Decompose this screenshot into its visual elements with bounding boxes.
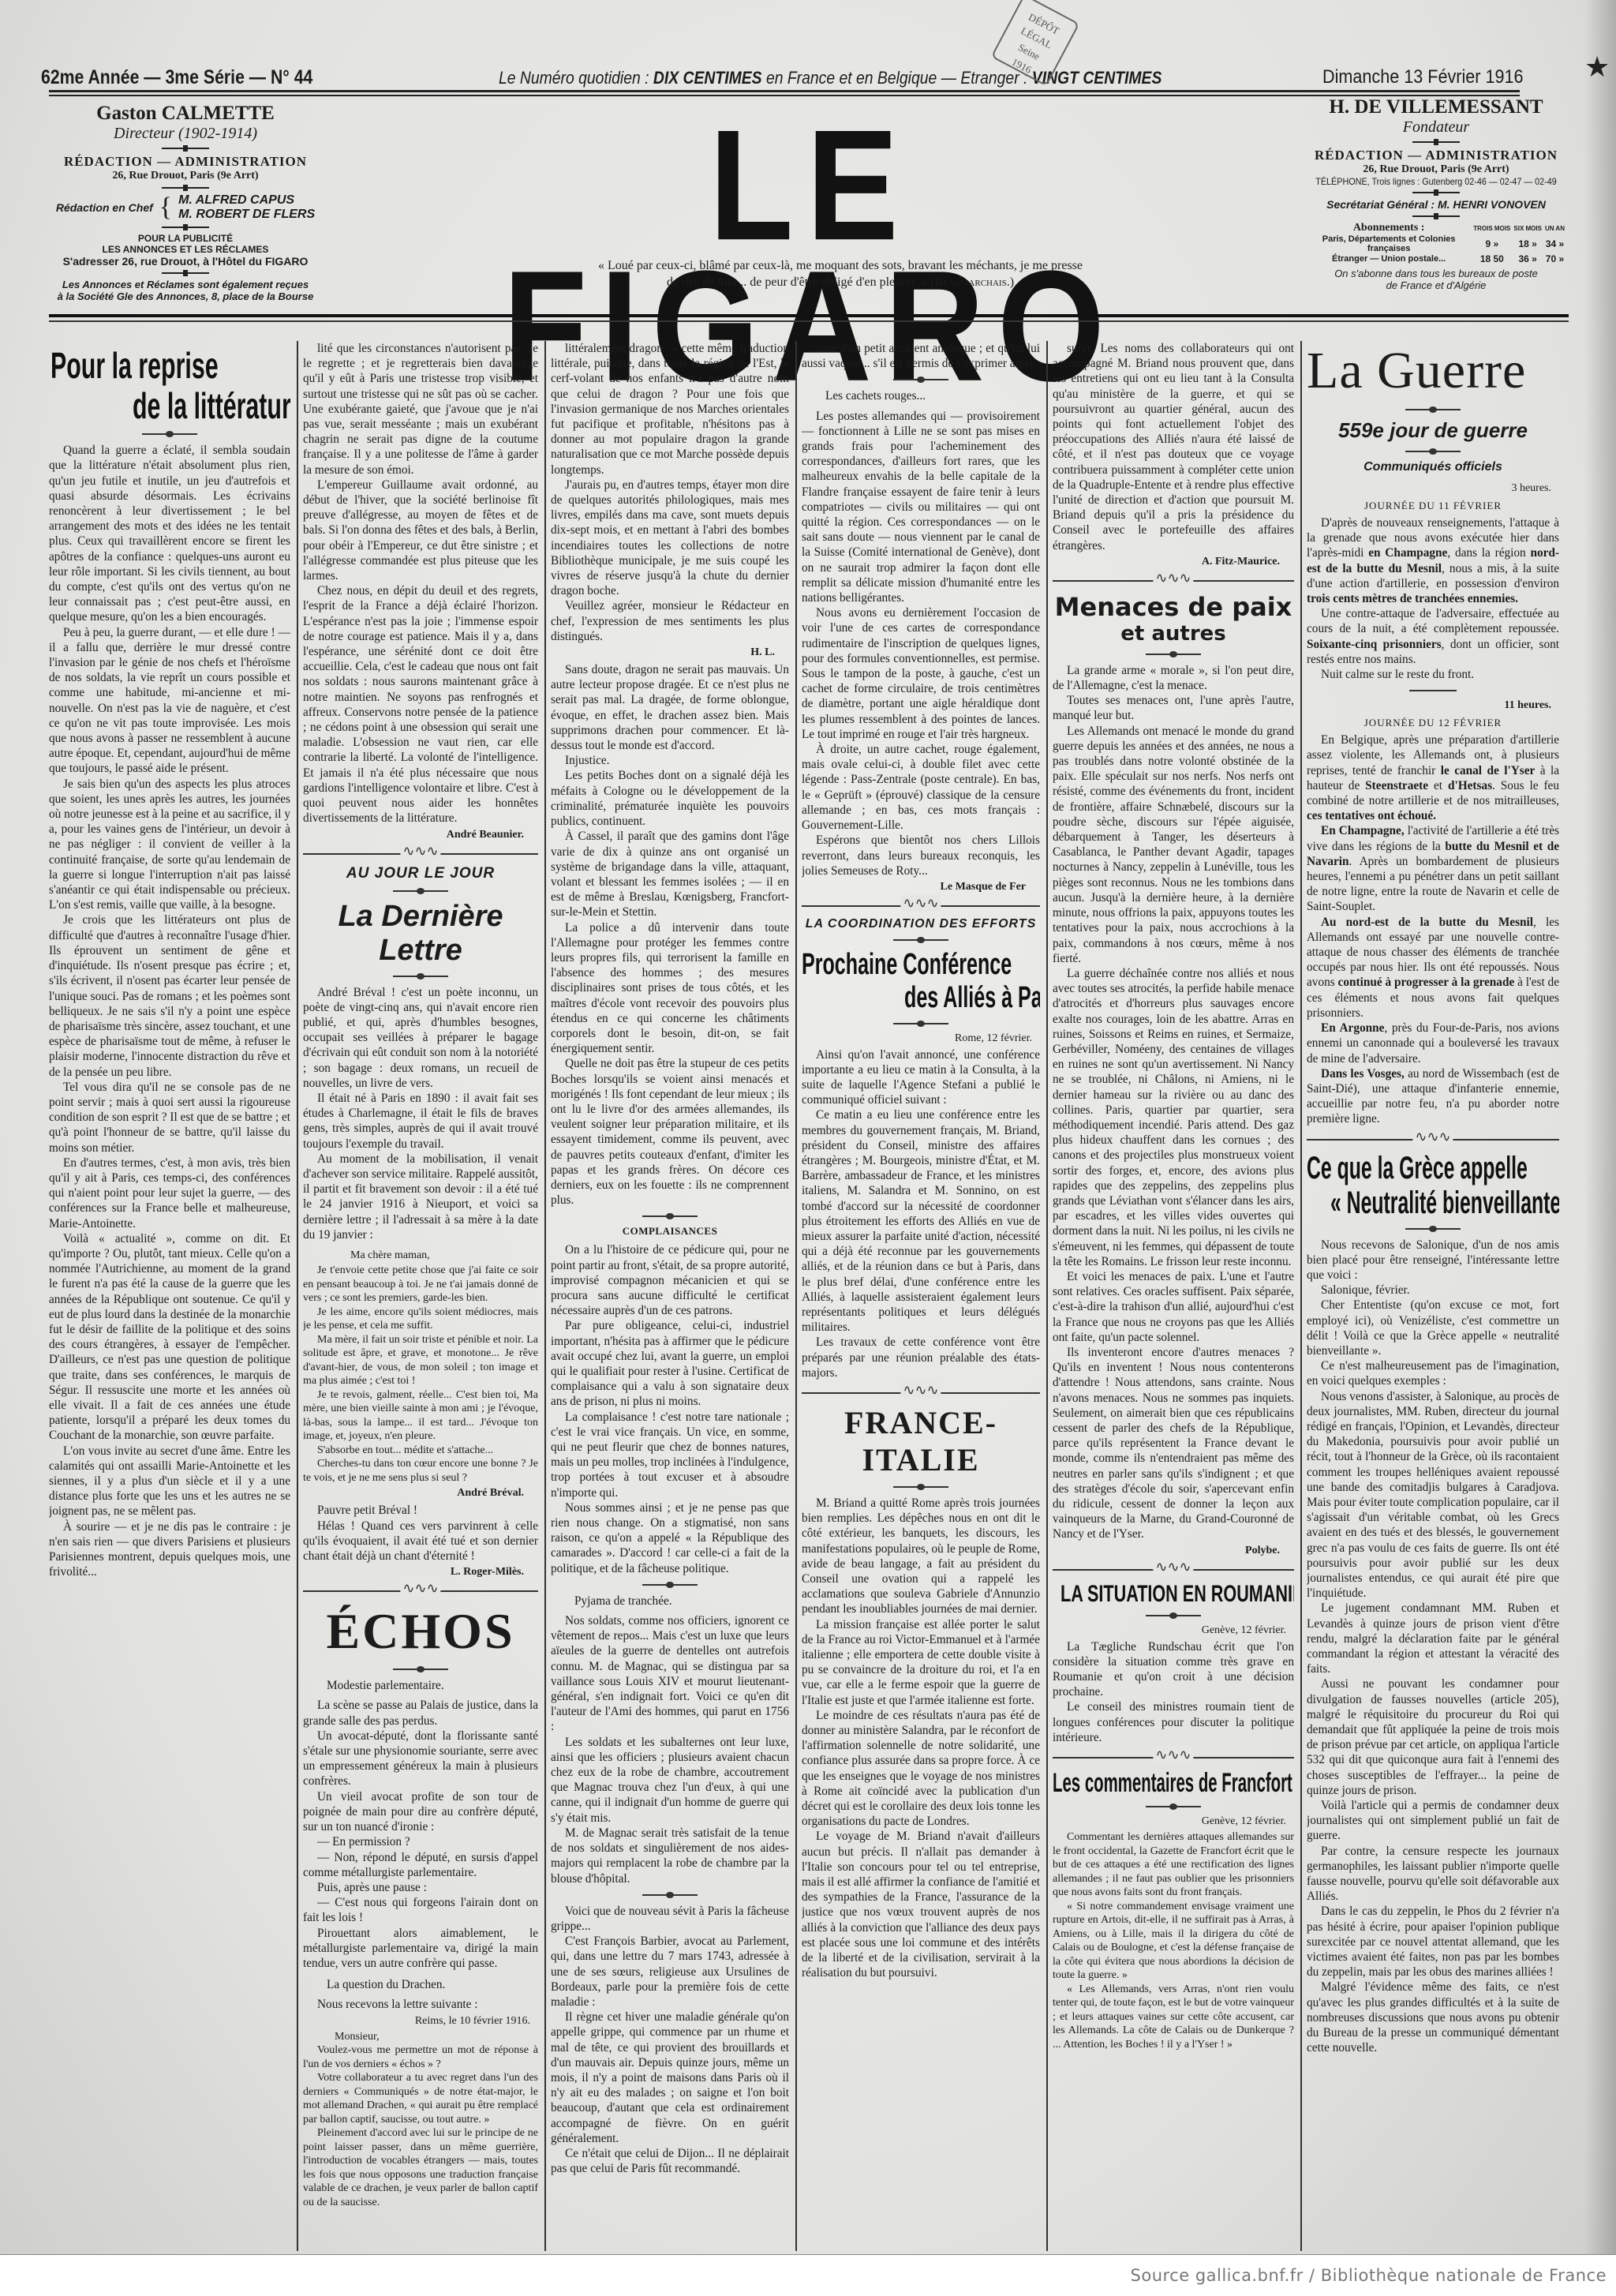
director-name: Gaston CALMETTE <box>55 103 316 125</box>
paragraph: L'empereur Guillaume avait ordonné, au d… <box>303 478 538 583</box>
paragraph: On a lu l'histoire de ce pédicure qui, p… <box>551 1242 789 1318</box>
paragraph: Nuit calme sur le reste du front. <box>1307 667 1559 682</box>
paragraph: Dans le cas du zeppelin, le Phos du 2 fé… <box>1307 1904 1559 1980</box>
paragraph: Je te revois, galment, réelle... C'est b… <box>303 1388 538 1444</box>
article-title: de la littérature <box>133 386 237 426</box>
ornament-icon <box>893 379 948 380</box>
paragraph: Voilà « actualité », comme on dit. Et qu… <box>49 1231 290 1444</box>
paragraph: Ma mère, il fait un soir triste et pénib… <box>303 1333 538 1388</box>
paragraph: Aussi ne pouvant les condamner pour divu… <box>1307 1676 1559 1798</box>
paragraph: S'absorbe en tout... médite et s'attache… <box>303 1444 538 1458</box>
paragraph: Nous avons eu dernièrement l'occasion de… <box>802 605 1040 742</box>
director-role: Directeur (1902-1914) <box>55 125 316 143</box>
wavy-divider-icon <box>1053 575 1294 586</box>
paragraph: La police a dû intervenir dans toute l'A… <box>551 920 789 1057</box>
paragraph: La grande arme « morale », si l'on peut … <box>1053 663 1294 693</box>
article-body: La scène se passe au Palais de justice, … <box>303 1698 538 1971</box>
wavy-divider-icon <box>802 900 1040 911</box>
paragraph: J'aurais pu, en d'autres temps, étayer m… <box>551 478 789 599</box>
ornament-icon <box>393 976 448 977</box>
article-body: Voici que de nouveau sévit à Paris la fâ… <box>551 1904 789 2177</box>
section-heading: COMPLAISANCES <box>551 1225 789 1238</box>
paragraph: Par contre, la censure respecte les jour… <box>1307 1844 1559 1905</box>
paragraph: C'est François Barbier, avocat au Parlem… <box>551 1934 789 2009</box>
paragraph: Injustice. <box>551 753 789 768</box>
article-body: Quand la guerre a éclaté, il sembla soud… <box>49 443 290 1579</box>
article-body: suivi. Les noms des collaborateurs qui o… <box>1053 341 1294 553</box>
editors-in-chief: Rédaction en Chef { M. ALFRED CAPUSM. RO… <box>55 193 316 222</box>
right-masthead-box: H. DE VILLEMESSANT Fondateur RÉDACTION —… <box>1302 96 1570 291</box>
column-divider <box>795 341 797 2251</box>
paragraph: Une contre-attaque de l'adversaire, effe… <box>1307 606 1559 667</box>
article-title: Pour la reprise <box>50 346 209 386</box>
ornament-icon <box>642 1584 698 1586</box>
paragraph: En Argonne, près du Four-de-Paris, nos a… <box>1307 1021 1559 1066</box>
wavy-divider-icon <box>1307 1133 1559 1144</box>
paragraph: Dans les Vosges, au nord de Wissembach (… <box>1307 1066 1559 1127</box>
wavy-divider-icon <box>1053 1564 1294 1575</box>
article-body: Sans doute, dragon ne serait pas mauvais… <box>551 662 789 1208</box>
article-body: Ainsi qu'on l'avait annoncé, une confére… <box>802 1047 1040 1380</box>
paragraph: Voulez-vous me permettre un mot de répon… <box>303 2043 538 2071</box>
star-icon: ★ <box>1584 51 1610 84</box>
article-body: Nous recevons de Salonique, d'un de nos … <box>1307 1238 1559 2056</box>
article-body: André Bréval ! c'est un poète inconnu, u… <box>303 985 538 1242</box>
paragraph: Les petits Boches dont on a signalé déjà… <box>551 768 789 829</box>
paragraph: La mission française est allée porter le… <box>802 1617 1040 1708</box>
paragraph: Puis, après une pause : <box>303 1880 538 1895</box>
paragraph: Il règne cet hiver une maladie générale … <box>551 2009 789 2146</box>
article-body: La grande arme « morale », si l'on peut … <box>1053 663 1294 1542</box>
paragraph: Les Allemands ont menacé le monde du gra… <box>1053 724 1294 966</box>
wavy-divider-icon <box>1053 1751 1294 1762</box>
ornament-icon <box>1146 1615 1201 1616</box>
paragraph: À sourire — et je ne dis pas le contrair… <box>49 1519 290 1580</box>
paragraph: La complaisance ! c'est notre tare natio… <box>551 1410 789 1500</box>
paragraph: Commentant les dernières attaques allema… <box>1053 1830 1294 1900</box>
paragraph: Quelle ne doit pas être la stupeur de ce… <box>551 1056 789 1208</box>
paragraph: En Champagne, l'activité de l'artillerie… <box>1307 823 1559 914</box>
column-5: suivi. Les noms des collaborateurs qui o… <box>1053 341 1294 2251</box>
ornament-icon <box>1412 215 1460 217</box>
article-title: Les commentaires de Francfort <box>1053 1769 1198 1798</box>
paragraph: Quand la guerre a éclaté, il sembla soud… <box>49 443 290 624</box>
header-rule <box>49 90 1520 96</box>
paragraph: Les postes allemandes qui — provisoireme… <box>802 409 1040 606</box>
paragraph: Ce n'est malheureusement pas de l'imagin… <box>1307 1358 1559 1388</box>
ornament-icon <box>642 1215 698 1217</box>
ornament-icon <box>162 272 209 274</box>
article-body: time d'un petit accident analogue ; et q… <box>802 341 1040 371</box>
ornament-icon <box>162 227 209 228</box>
column-3: littéralement dragon — cette même traduc… <box>551 341 789 2251</box>
paragraph: Ainsi qu'on l'avait annoncé, une confére… <box>802 1047 1040 1108</box>
ornament-icon <box>1146 654 1201 655</box>
letter-body: Je t'envoie cette petite chose que j'ai … <box>303 1264 538 1485</box>
paragraph: Salonique, février. <box>1307 1283 1559 1298</box>
article-body: La Tægliche Rundschau écrit que l'on con… <box>1053 1639 1294 1745</box>
article-title: Prochaine Conférence <box>802 949 959 982</box>
paragraph: time d'un petit accident analogue ; et q… <box>802 341 1040 371</box>
paragraph: Ce matin a eu lieu une conférence entre … <box>802 1107 1040 1335</box>
article-body: Nos soldats, comme nos officiers, ignore… <box>551 1613 789 1886</box>
byline: Le Masque de Fer <box>802 881 1040 893</box>
paragraph: Toutes ses menaces ont, l'une après l'au… <box>1053 693 1294 723</box>
ornament-icon <box>893 1023 948 1024</box>
article-body: littéralement dragon — cette même traduc… <box>551 341 789 644</box>
paragraph: Et voici les menaces de paix. L'une et l… <box>1053 1269 1294 1345</box>
issue-date: Dimanche 13 Février 1916 <box>1322 66 1524 88</box>
source-credit: Source gallica.bnf.fr / Bibliothèque nat… <box>1131 2266 1607 2285</box>
paragraph: Les soldats et les subalternes ont leur … <box>551 1735 789 1826</box>
paragraph: Le voyage de M. Briand n'avait d'ailleur… <box>802 1829 1040 1980</box>
paragraph: Hélas ! Quand ces vers parvinrent à cell… <box>303 1519 538 1564</box>
war-title: La Guerre <box>1307 341 1559 401</box>
paragraph: Nous recevons de Salonique, d'un de nos … <box>1307 1238 1559 1283</box>
column-2: lité que les circonstances n'autorisent … <box>303 341 538 2251</box>
paragraph: Je les aime, encore qu'ils soient médioc… <box>303 1305 538 1333</box>
war-day-counter: 559e jour de guerre <box>1307 418 1559 443</box>
paragraph: « Si notre commandement envisage vraimen… <box>1053 1900 1294 1983</box>
paragraph: Un vieil avocat profite de son tour de p… <box>303 1789 538 1835</box>
ornament-icon <box>1146 1806 1201 1807</box>
paragraph: Ce n'était que celui de Dijon... Il ne d… <box>551 2146 789 2176</box>
paragraph: À Cassel, il paraît que des gamins dont … <box>551 829 789 920</box>
article-body: Pauvre petit Bréval !Hélas ! Quand ces v… <box>303 1503 538 1564</box>
motto: « Loué par ceux-ci, blâmé par ceux-là, m… <box>544 257 1136 290</box>
price-line: Le Numéro quotidien : DIX CENTIMES en Fr… <box>499 68 1161 88</box>
subscription-table: Abonnements : TROIS MOIS SIX MOIS UN AN … <box>1306 222 1566 264</box>
paragraph: — En permission ? <box>303 1834 538 1849</box>
paragraph: — Non, répond le député, en sursis d'app… <box>303 1850 538 1880</box>
paragraph: Je t'envoie cette petite chose que j'ai … <box>303 1264 538 1305</box>
paragraph: Au nord-est de la butte du Mesnil, les A… <box>1307 915 1559 1021</box>
paragraph: Peu à peu, la guerre durant, — et elle d… <box>49 625 290 777</box>
paragraph: Je crois que les littérateurs ont plus d… <box>49 912 290 1079</box>
byline: André Beaunier. <box>303 829 538 841</box>
article-title: FRANCE-ITALIE <box>802 1404 1040 1478</box>
newspaper-logo: LE FIGARO <box>422 115 1199 257</box>
paragraph: André Bréval ! c'est un poète inconnu, u… <box>303 985 538 1091</box>
ornament-icon <box>1405 451 1461 452</box>
paragraph: L'on vous invite au secret d'une âme. En… <box>49 1444 290 1519</box>
paragraph: Voici que de nouveau sévit à Paris la fâ… <box>551 1904 789 1934</box>
column-divider <box>1046 341 1048 2251</box>
paragraph: Le jugement condamnant MM. Ruben et Leva… <box>1307 1601 1559 1676</box>
article-body: Les postes allemandes qui — provisoireme… <box>802 409 1040 878</box>
paragraph: Veuillez agréer, monsieur le Rédacteur e… <box>551 598 789 644</box>
source-footer: Source gallica.bnf.fr / Bibliothèque nat… <box>0 2254 1616 2296</box>
letter-body: Voulez-vous me permettre un mot de répon… <box>303 2043 538 2209</box>
section-kicker: AU JOUR LE JOUR <box>303 865 538 882</box>
founder-name: H. DE VILLEMESSANT <box>1302 96 1570 118</box>
paragraph: Au moment de la mobilisation, il venait … <box>303 1152 538 1242</box>
paragraph: Espérons que bientôt nos chers Lillois r… <box>802 833 1040 878</box>
article-body: Commentant les dernières attaques allema… <box>1053 1830 1294 2051</box>
ornament-icon <box>393 890 448 892</box>
column-divider <box>297 341 298 2251</box>
article-title: « Neutralité bienveillante » <box>1330 1185 1472 1220</box>
article-title: Menaces de paix <box>1053 592 1294 622</box>
paragraph: Voilà l'article qui a permis de condamne… <box>1307 1798 1559 1844</box>
paragraph: Ils inventeront encore d'autres menaces … <box>1053 1345 1294 1542</box>
byline: Polybe. <box>1053 1545 1294 1557</box>
paragraph: À droite, un autre cachet, rouge égaleme… <box>802 742 1040 833</box>
masthead-rule <box>49 314 1569 322</box>
paragraph: Par pure obligeance, celui-ci, industrie… <box>551 1318 789 1409</box>
article-title: et autres <box>1053 622 1294 646</box>
section-kicker: LA COORDINATION DES EFFORTS <box>802 917 1040 931</box>
article-body: M. Briand a quitté Rome après trois jour… <box>802 1496 1040 1981</box>
paragraph: Le conseil des ministres roumain tient d… <box>1053 1699 1294 1745</box>
column-6: La Guerre 559e jour de guerre Communiqué… <box>1307 341 1559 2251</box>
paragraph: Chez nous, en dépit du deuil et des regr… <box>303 583 538 826</box>
article-body: lité que les circonstances n'autorisent … <box>303 341 538 826</box>
wavy-divider-icon <box>303 1585 538 1596</box>
paragraph: Nos soldats, comme nos officiers, ignore… <box>551 1613 789 1735</box>
column-divider <box>1300 341 1302 2251</box>
paragraph: Pirouettant alors aimablement, le métall… <box>303 1926 538 1972</box>
column-divider <box>544 341 546 2251</box>
paragraph: Pleinement d'accord avec lui sur le prin… <box>303 2126 538 2209</box>
paragraph: La guerre déchaînée contre nos alliés et… <box>1053 966 1294 1269</box>
paragraph: La scène se passe au Palais de justice, … <box>303 1698 538 1728</box>
communique-body: D'après de nouveaux renseignements, l'at… <box>1307 515 1559 682</box>
left-masthead-box: Gaston CALMETTE Directeur (1902-1914) RÉ… <box>55 103 316 302</box>
ornament-icon <box>893 1486 948 1488</box>
paragraph: M. de Magnac serait très satisfait de la… <box>551 1826 789 1886</box>
article-title: La Dernière Lettre <box>303 900 538 968</box>
wavy-divider-icon <box>303 848 538 859</box>
paragraph: Tel vous dira qu'il ne se console pas de… <box>49 1080 290 1155</box>
ornament-icon <box>893 939 948 941</box>
paragraph: En Belgique, après une préparation d'art… <box>1307 732 1559 823</box>
ornament-icon <box>162 148 209 149</box>
issue-number: 62me Année — 3me Série — N° 44 <box>41 66 312 89</box>
column-1: Pour la reprise de la littérature Quand … <box>49 341 290 2251</box>
paragraph: Cherches-tu dans ton cœur encore une bon… <box>303 1457 538 1485</box>
paragraph: — C'est nous qui forgeons l'airain dont … <box>303 1895 538 1925</box>
ornament-icon <box>142 433 197 435</box>
section-title: ÉCHOS <box>303 1602 538 1661</box>
paragraph: Malgré l'évidence même des faits, ce n'e… <box>1307 1980 1559 2055</box>
wavy-divider-icon <box>802 1387 1040 1398</box>
paragraph: Nous sommes ainsi ; et je ne pense pas q… <box>551 1500 789 1576</box>
article-title: Ce que la Grèce appelle <box>1307 1151 1463 1185</box>
divider <box>1409 690 1457 691</box>
paragraph: Pauvre petit Bréval ! <box>303 1503 538 1518</box>
paragraph: Il était né à Paris en 1890 : il avait f… <box>303 1091 538 1152</box>
ornament-icon <box>1405 1228 1461 1230</box>
communique-body: En Belgique, après une préparation d'art… <box>1307 732 1559 1126</box>
ornament-icon <box>642 1894 698 1896</box>
paragraph: Nous venons d'assister, à Salonique, au … <box>1307 1389 1559 1601</box>
paragraph: Votre collaborateur a tu avec regret dan… <box>303 2071 538 2126</box>
paragraph: suivi. Les noms des collaborateurs qui o… <box>1053 341 1294 553</box>
ornament-icon <box>393 1669 448 1670</box>
paragraph: La Tægliche Rundschau écrit que l'on con… <box>1053 1639 1294 1700</box>
paragraph: Les travaux de cette conférence vont êtr… <box>802 1335 1040 1380</box>
article-title: LA SITUATION EN ROUMANIE <box>1060 1581 1229 1607</box>
ornament-icon <box>1412 141 1460 143</box>
paragraph: littéralement dragon — cette même traduc… <box>551 341 789 478</box>
paragraph: M. Briand a quitté Rome après trois jour… <box>802 1496 1040 1617</box>
article-body: On a lu l'histoire de ce pédicure qui, p… <box>551 1242 789 1575</box>
paragraph: lité que les circonstances n'autorisent … <box>303 341 538 478</box>
paragraph: Un avocat-député, dont la florissante sa… <box>303 1729 538 1789</box>
ornament-icon <box>1412 192 1460 193</box>
article-title: des Alliés à Paris <box>904 982 994 1015</box>
column-4: time d'un petit accident analogue ; et q… <box>802 341 1040 2251</box>
paragraph: Je sais bien qu'un des aspects les plus … <box>49 777 290 913</box>
byline: A. Fitz-Maurice. <box>1053 556 1294 568</box>
paragraph: Sans doute, dragon ne serait pas mauvais… <box>551 662 789 753</box>
ornament-icon <box>1405 409 1461 410</box>
paragraph: D'après de nouveaux renseignements, l'at… <box>1307 515 1559 606</box>
paragraph: Le moindre de ces résultats n'aura pas é… <box>802 1708 1040 1830</box>
paragraph: En d'autres termes, c'est, à mon avis, t… <box>49 1155 290 1231</box>
byline: L. Roger-Milès. <box>303 1566 538 1579</box>
paragraph: « Les Allemands, vers Arras, n'ont rien … <box>1053 1983 1294 2052</box>
ornament-icon <box>162 187 209 189</box>
paragraph: Cher Ententiste (qu'on excuse ce mot, fo… <box>1307 1298 1559 1358</box>
